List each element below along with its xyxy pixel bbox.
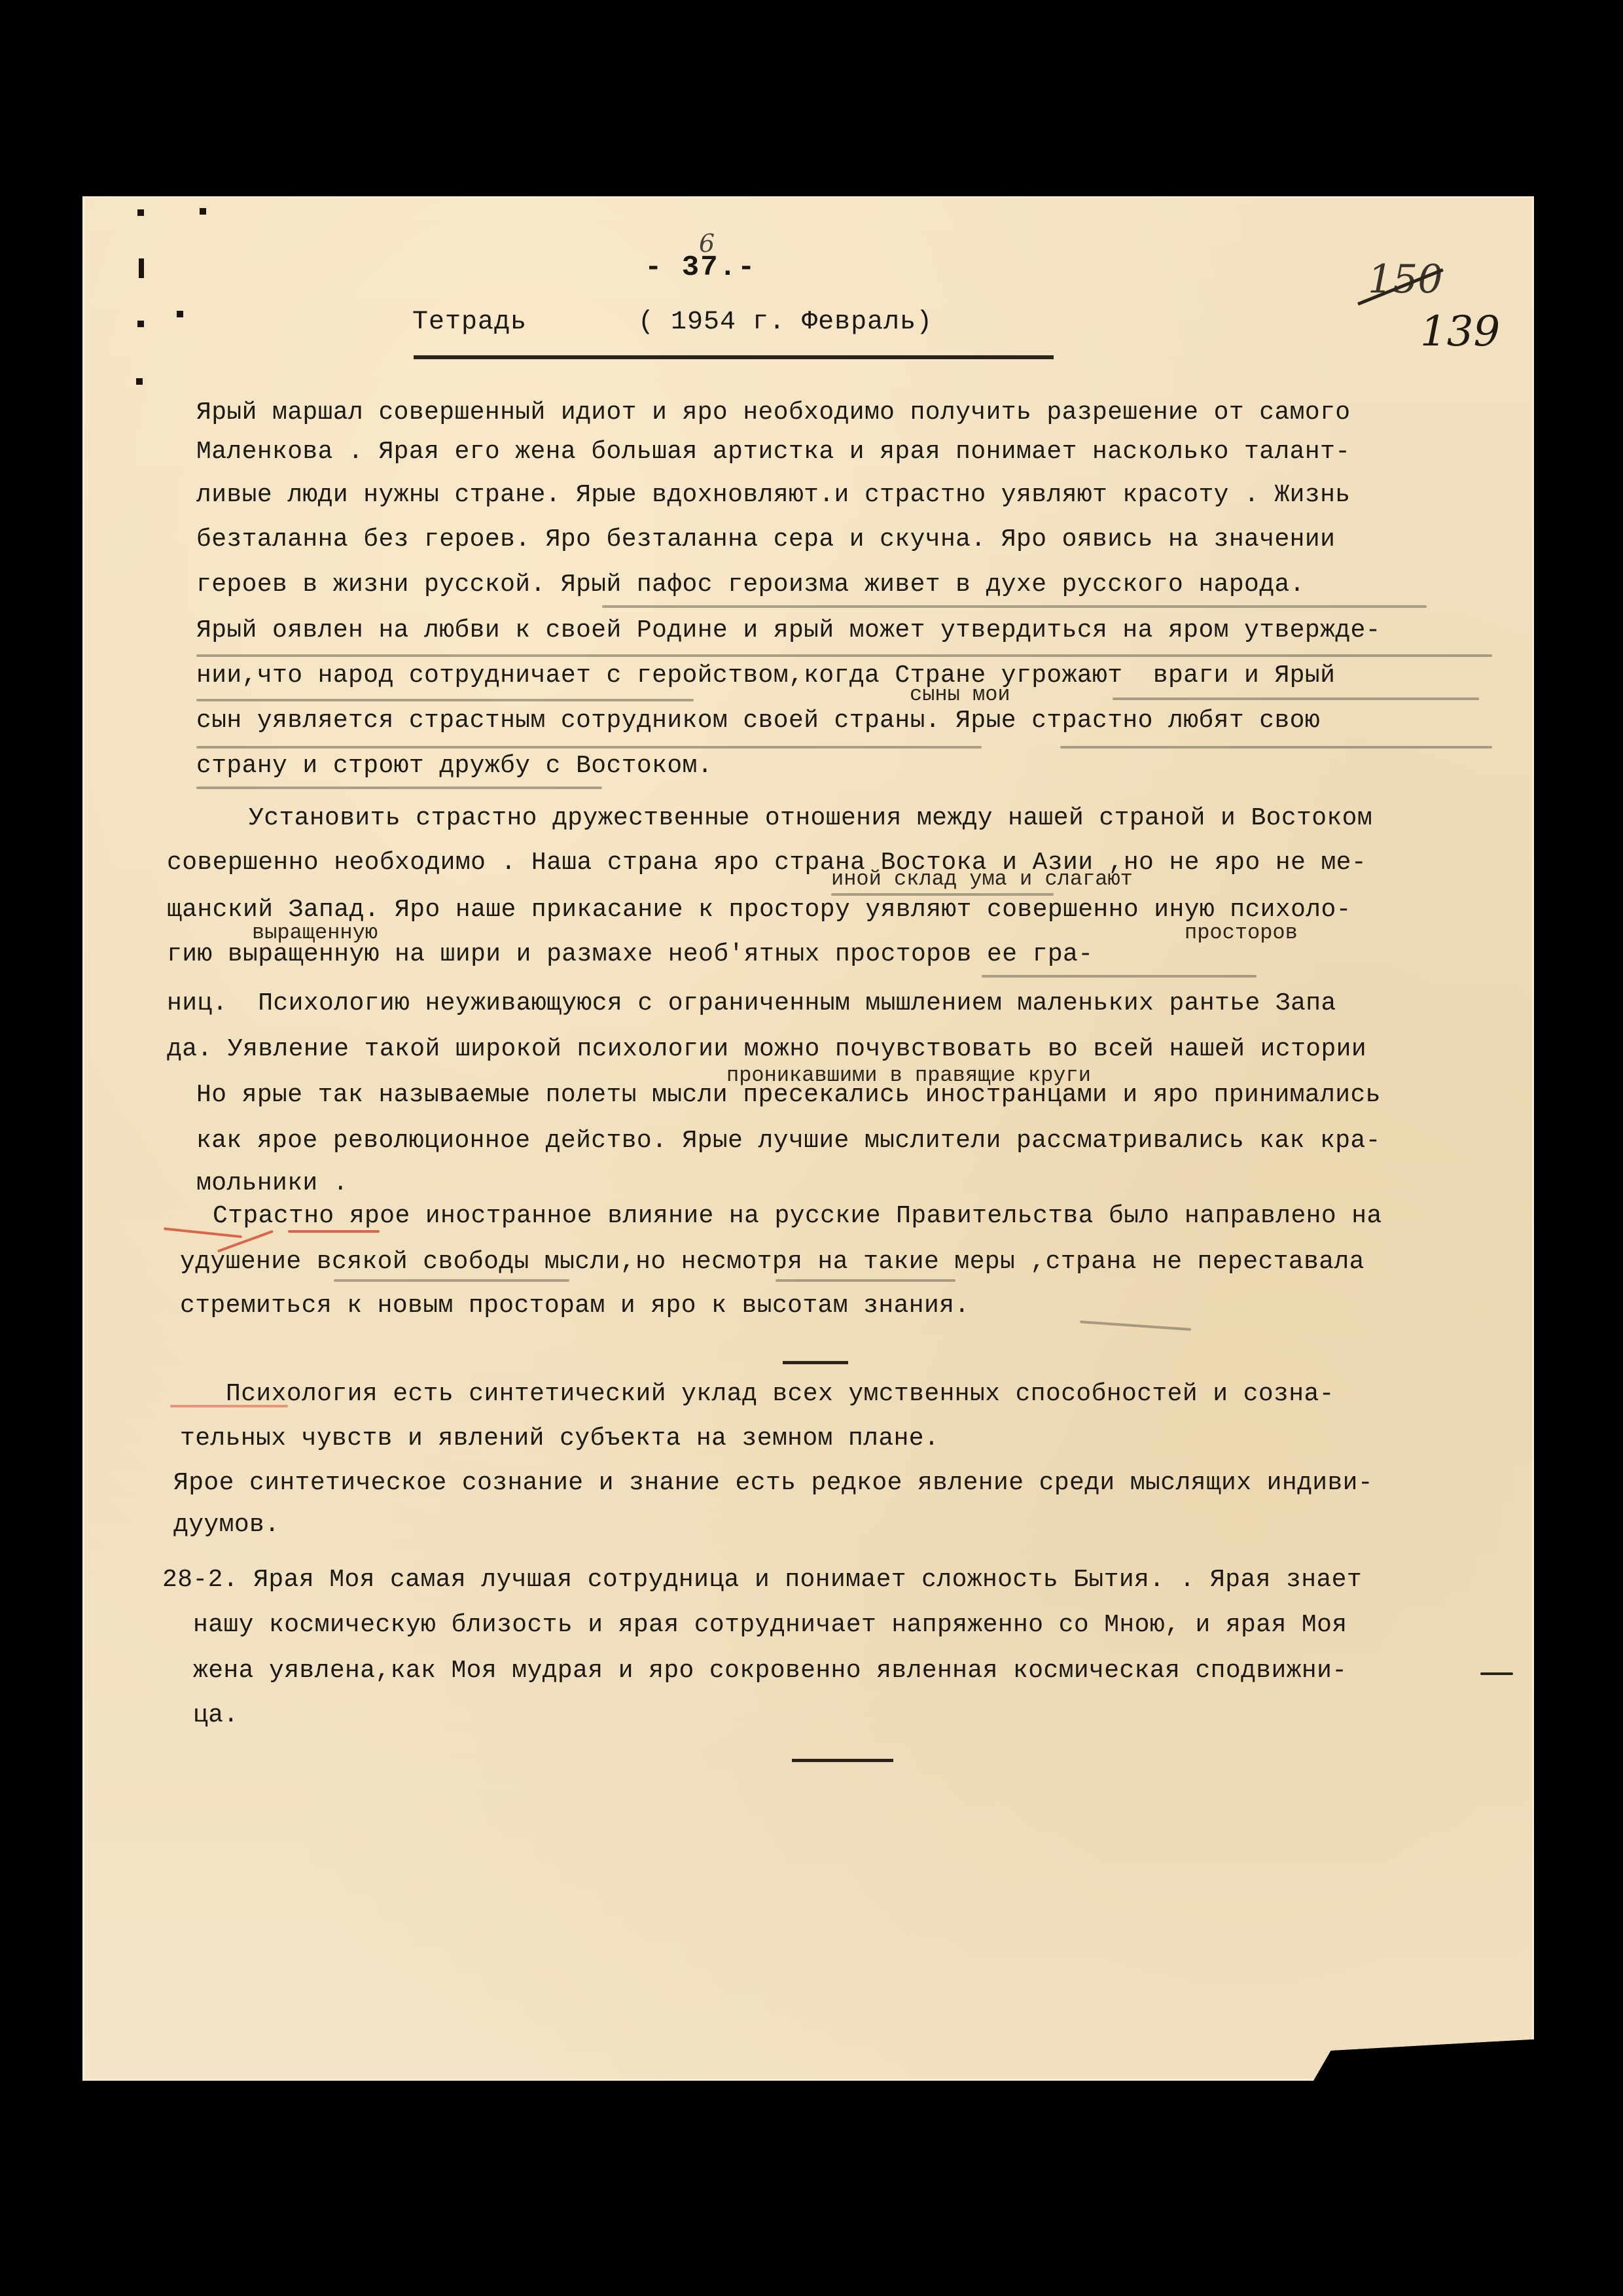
margin-mark	[200, 208, 206, 215]
margin-mark	[137, 321, 144, 327]
text-line: совершенно необходимо . Наша страна яро …	[167, 851, 1366, 875]
pencil-underline	[196, 654, 1492, 657]
pencil-underline	[776, 1279, 955, 1282]
text-line: как ярое революционное действо. Ярые луч…	[196, 1129, 1381, 1154]
handwritten-page-number: 139	[1420, 308, 1500, 356]
text-line: дуумов.	[173, 1513, 279, 1538]
section-separator	[783, 1361, 848, 1364]
text-line: гию выращенную на шири и размахе необ'ят…	[167, 942, 1093, 967]
pencil-underline	[1113, 698, 1479, 700]
red-pencil-mark	[288, 1230, 380, 1233]
pencil-underline	[334, 1279, 569, 1282]
text-line: стремиться к новым просторам и яро к выс…	[180, 1294, 970, 1318]
text-line: Ярое синтетическое сознание и знание ест…	[173, 1471, 1373, 1496]
text-line: ца.	[193, 1703, 239, 1728]
text-line: жена уявлена,как Моя мудрая и яро сокров…	[193, 1659, 1347, 1684]
pencil-underline	[196, 786, 602, 789]
text-line: безталанна без героев. Яро безталанна се…	[196, 527, 1335, 552]
page-number-overwrite: 6	[699, 229, 715, 258]
text-line: щанский Запад. Яро наше прикасание к про…	[167, 898, 1351, 923]
section-separator	[792, 1759, 893, 1762]
struck-handwritten-number: 150	[1368, 256, 1443, 302]
text-line: Ярый оявлен на любви к своей Родине и яр…	[196, 618, 1381, 643]
text-line: нии,что народ сотрудничает с геройством,…	[196, 663, 1335, 688]
text-line: Маленкова . Ярая его жена большая артист…	[196, 440, 1350, 465]
document-date: ( 1954 г. Февраль)	[638, 308, 933, 337]
text-line: ливые люди нужны стране. Ярые вдохновляю…	[196, 483, 1350, 508]
pencil-underline	[196, 699, 694, 701]
text-line: да. Уявление такой широкой психологии мо…	[167, 1037, 1366, 1062]
margin-mark	[177, 311, 183, 317]
text-line: нашу космическую близость и ярая сотрудн…	[193, 1613, 1347, 1638]
text-line: ниц. Психологию неуживающуюся с ограниче…	[167, 991, 1336, 1016]
text-line: Установить страстно дружественные отноше…	[249, 806, 1372, 831]
text-line: удушение всякой свободы мысли,но несмотр…	[180, 1250, 1364, 1275]
text-line: героев в жизни русской. Ярый пафос герои…	[196, 573, 1305, 597]
red-pencil-mark	[170, 1405, 288, 1407]
text-line: 28-2. Ярая Моя самая лучшая сотрудница и…	[162, 1568, 1362, 1593]
interlinear-insertion: сыны мои	[910, 684, 1010, 705]
margin-mark	[137, 209, 144, 216]
text-line: мольники .	[196, 1171, 348, 1196]
pencil-underline	[982, 975, 1257, 978]
pencil-mark	[1480, 1672, 1513, 1675]
pencil-underline	[1060, 746, 1492, 749]
text-line: Страстно ярое иностранное влияние на рус…	[213, 1204, 1382, 1229]
pencil-underline	[602, 605, 1427, 608]
interlinear-insertion: иной склад ума и слагают	[831, 869, 1133, 890]
title-row: Тетрадь( 1954 г. Февраль)	[412, 308, 933, 337]
margin-mark	[136, 378, 143, 385]
interlinear-insertion: просторов	[1185, 923, 1298, 944]
title-underline	[414, 355, 1054, 359]
text-line: страну и строют дружбу с Востоком.	[196, 754, 713, 779]
document-title: Тетрадь	[412, 308, 527, 337]
pencil-underline	[196, 746, 982, 749]
text-line: Психология есть синтетический уклад всех…	[226, 1382, 1334, 1407]
margin-mark	[139, 258, 144, 278]
text-line: Но ярые так называемые полеты мысли прес…	[196, 1083, 1381, 1108]
text-line: сын уявляется страстным сотрудником свое…	[196, 709, 1320, 733]
text-line: тельных чувств и явлений субъекта на зем…	[180, 1426, 939, 1451]
text-line: Ярый маршал совершенный идиот и яро необ…	[196, 400, 1350, 425]
